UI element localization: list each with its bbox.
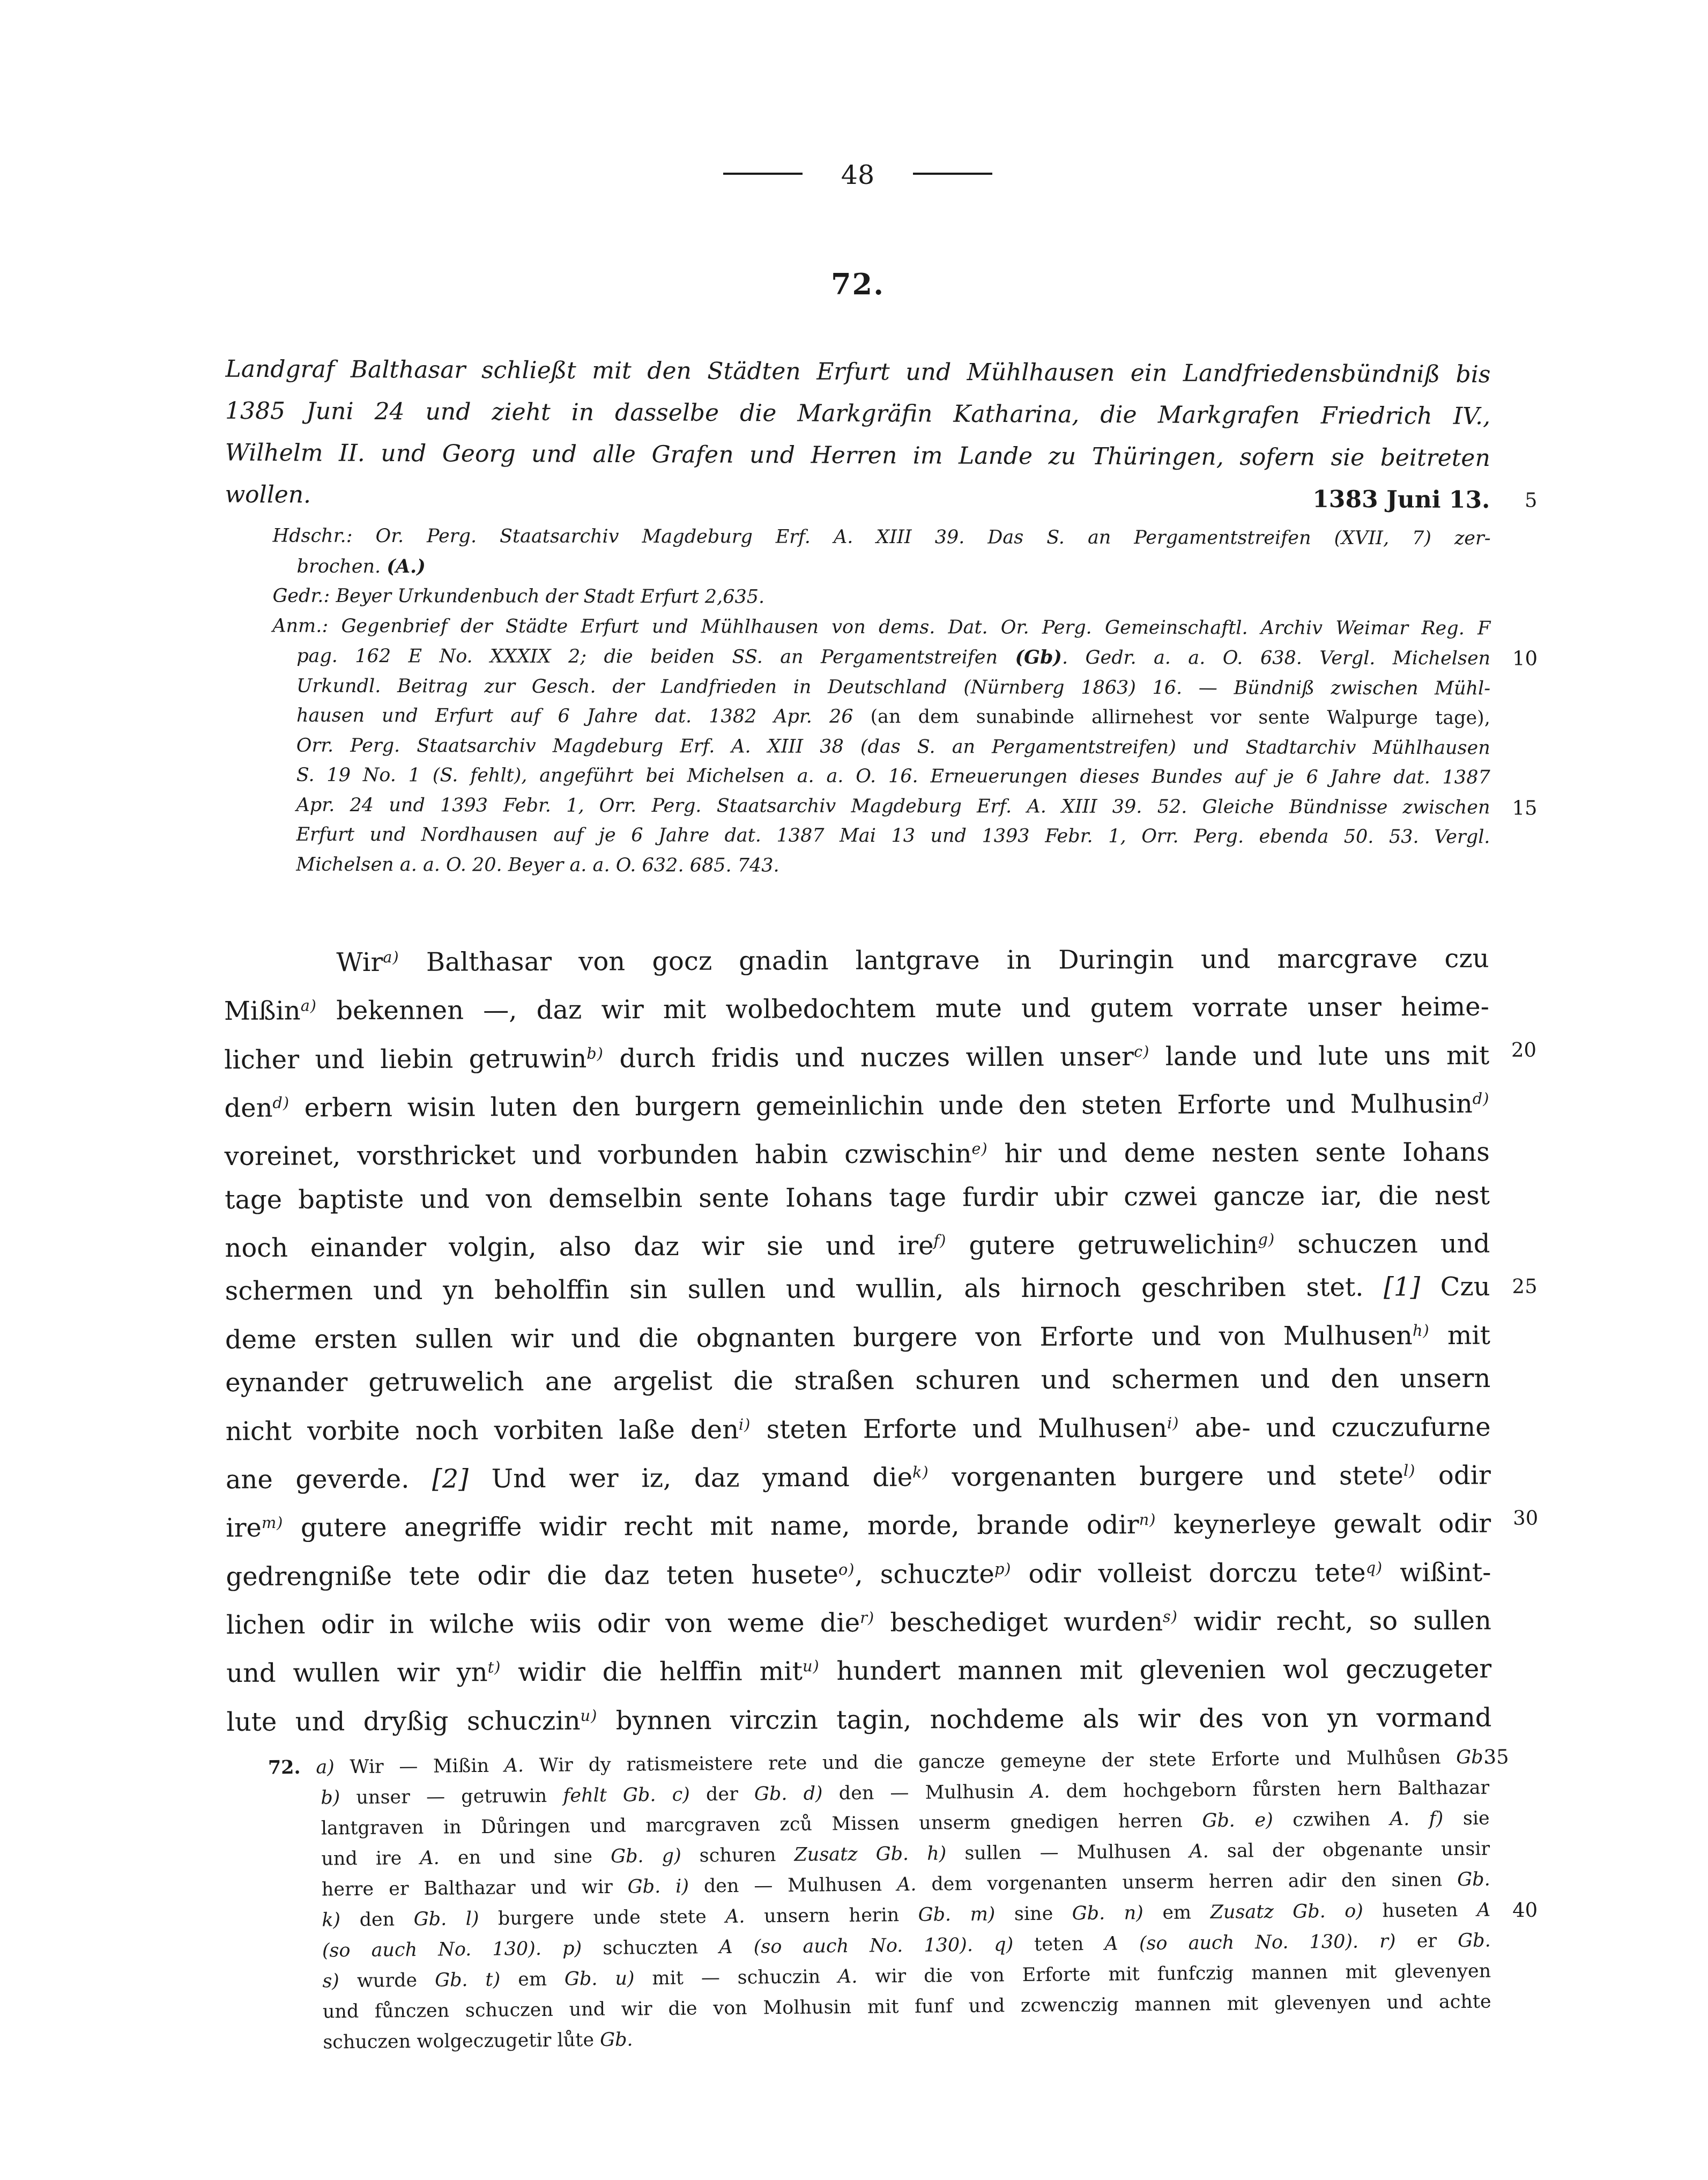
text-segment: teten <box>1013 1933 1105 1955</box>
regest-line: Wilhelm II. und Georg und alle Grafen un… <box>225 432 1490 479</box>
text-segment: [1] <box>1384 1272 1420 1302</box>
text-segment: em <box>1143 1902 1211 1924</box>
text-segment: A (so auch No. 130). <box>1104 1931 1358 1955</box>
text-segment: erbern wisin luten den burgern gemeinlic… <box>289 1089 1473 1123</box>
text-segment: em <box>500 1969 565 1991</box>
text-segment <box>660 1876 675 1897</box>
charter-date: 1383 Juni 13. <box>1312 479 1490 521</box>
footnote-marker: n) <box>1139 1511 1156 1529</box>
text-segment: der <box>690 1783 754 1805</box>
text-segment: u) <box>615 1968 635 1989</box>
charter-text-line: voreinet, vorsthricket und vorbunden hab… <box>225 1125 1490 1178</box>
text-segment <box>1326 1901 1345 1922</box>
charter-text: Wira) Balthasar von gocz gnadin lantgrav… <box>224 932 1491 1744</box>
text-segment: lute und dryßig schuczin <box>226 1706 580 1737</box>
text-segment: [2] <box>432 1464 469 1494</box>
text-segment <box>1105 1902 1124 1924</box>
text-segment: ire <box>226 1513 262 1543</box>
charter-text-line: gedrengniße tete odir die daz teten huse… <box>226 1546 1491 1599</box>
source-note-line: brochen. (A.) <box>272 551 1490 584</box>
text-segment: A <box>1477 1899 1491 1921</box>
source-note-line: Urkundl. Beitrag zur Gesch. der Landfrie… <box>272 671 1490 703</box>
text-segment: steten Erforte und Mulhusen <box>751 1413 1167 1445</box>
text-segment: wollen. <box>225 481 311 509</box>
text-segment: burgere unde stete <box>479 1906 725 1930</box>
text-segment: vorgenanten burgere und stete <box>929 1460 1403 1492</box>
footnote-marker: s) <box>1163 1607 1178 1626</box>
text-segment <box>467 1969 485 1991</box>
text-segment: b) <box>321 1787 340 1808</box>
text-segment: den — Mulhusen <box>689 1874 897 1897</box>
text-segment: Gb. <box>1458 1930 1491 1952</box>
footnote-marker: u) <box>581 1706 598 1724</box>
text-segment <box>301 1757 316 1778</box>
header-rule-left <box>723 173 803 175</box>
footnote-marker: i) <box>1167 1414 1179 1432</box>
charter-text-line: nicht vorbite noch vorbiten laße deni) s… <box>225 1400 1490 1454</box>
text-segment: huseten <box>1363 1900 1477 1922</box>
text-segment: A. <box>725 1906 745 1927</box>
text-segment <box>973 1934 994 1956</box>
margin-line-number: 15 <box>1512 793 1537 823</box>
text-segment: hir und deme nesten sente Iohans <box>988 1137 1490 1169</box>
text-segment: wurde <box>339 1970 435 1992</box>
text-segment: A (so auch No. 130). <box>719 1934 973 1958</box>
source-note-line: hausen und Erfurt auf 6 Jahre dat. 1382 … <box>272 701 1490 733</box>
text-segment: Und wer iz, daz ymand die <box>469 1463 912 1494</box>
text-segment <box>597 1968 615 1990</box>
footnote-marker: d) <box>1473 1089 1490 1108</box>
footnote-marker: o) <box>838 1560 855 1578</box>
source-note-line: Apr. 24 und 1393 Febr. 1, Orr. Perg. Sta… <box>272 790 1490 822</box>
charter-text-line: und wullen wir ynt) widir die helffin mi… <box>226 1642 1491 1695</box>
text-segment: fehlt Gb. <box>563 1784 656 1807</box>
text-segment: noch einander volgin, also daz wir sie u… <box>225 1230 933 1263</box>
charter-text-line: licher und liebin getruwinb) durch fridi… <box>224 1029 1489 1082</box>
text-segment: odir volleist dorczu tete <box>1012 1558 1366 1589</box>
source-note-line: Hdschr.: Or. Perg. Staatsarchiv Magdebur… <box>273 522 1491 554</box>
text-segment <box>951 1904 970 1925</box>
text-segment: brochen. <box>296 555 387 577</box>
footnote-marker: m) <box>262 1514 284 1532</box>
source-note-line: Orr. Perg. Staatsarchiv Magdeburg Erf. A… <box>272 731 1490 763</box>
source-note-line: Erfurt und Nordhausen auf je 6 Jahre dat… <box>272 820 1490 852</box>
text-segment: Gb. <box>435 1969 468 1991</box>
charter-text-line: irem) gutere anegriffe widir recht mit n… <box>226 1497 1491 1550</box>
text-segment: t) <box>485 1969 500 1991</box>
text-segment: mit <box>1430 1321 1491 1351</box>
text-segment: Zusatz Gb. <box>1210 1901 1325 1923</box>
text-segment: A. <box>838 1966 858 1988</box>
text-segment: Gedr.: Beyer Urkundenbuch der Stadt Erfu… <box>272 585 764 608</box>
text-segment: Wir — Mißin <box>335 1755 504 1778</box>
text-segment: schuczten <box>582 1937 719 1959</box>
text-segment: pag. 162 E No. XXXIX 2; die beiden SS. a… <box>296 646 1015 669</box>
charter-text-line: deme ersten sullen wir und die obgnanten… <box>225 1309 1490 1362</box>
text-segment: Gb. <box>600 2029 633 2051</box>
text-segment: ane geverde. <box>226 1464 432 1495</box>
text-segment <box>787 1783 803 1805</box>
text-segment: dem vorgenanten unserm herren adir den s… <box>916 1869 1457 1895</box>
source-note-line: pag. 162 E No. XXXIX 2; die beiden SS. a… <box>272 641 1490 674</box>
text-segment: voreinet, vorsthricket und vorbunden hab… <box>225 1139 972 1171</box>
text-segment: A. <box>420 1848 440 1869</box>
text-segment: und fůnczen schuczen und wir die von Mol… <box>323 1991 1491 2022</box>
text-segment: eynander getruwelich ane argelist die st… <box>225 1363 1490 1398</box>
text-segment: den <box>224 1093 272 1123</box>
text-segment: n) <box>1124 1902 1143 1924</box>
text-segment: Apr. 24 und 1393 Febr. 1, Orr. Perg. Sta… <box>296 794 1490 818</box>
text-segment: dem hochgeborn fůrsten hern Balthazar <box>1050 1777 1489 1802</box>
text-segment: A. <box>504 1755 524 1776</box>
text-segment: schuczen wolgeczugetir lůte <box>323 2029 600 2053</box>
text-segment: und ire <box>321 1848 420 1870</box>
margin-line-number: 25 <box>1512 1265 1537 1309</box>
text-segment: hausen und Erfurt auf 6 Jahre dat. 1382 … <box>296 705 871 728</box>
text-segment: p) <box>562 1938 582 1959</box>
text-segment: unser — getruwin <box>340 1785 563 1809</box>
text-segment: l) <box>465 1908 479 1930</box>
text-segment: schuren <box>681 1844 794 1867</box>
charter-text-line: ane geverde. [2] Und wer iz, daz ymand d… <box>226 1449 1491 1502</box>
text-segment <box>1409 1808 1429 1829</box>
text-segment <box>1235 1810 1255 1831</box>
text-segment: (A.) <box>387 555 426 577</box>
text-segment: gedrengniße tete odir die daz teten huse… <box>226 1560 838 1592</box>
regest-line: 1385 Juni 24 und zieht in dasselbe die M… <box>225 390 1490 438</box>
text-segment: (so auch No. 130). <box>322 1938 542 1962</box>
footnote-marker: r) <box>860 1608 874 1627</box>
text-segment: m) <box>970 1904 995 1925</box>
text-segment: licher und liebin getruwin <box>224 1043 586 1074</box>
text-segment: nicht vorbite noch vorbiten laße den <box>226 1414 739 1446</box>
text-segment: Hdschr.: Or. Perg. Staatsarchiv Magdebur… <box>273 525 1491 550</box>
text-segment: Urkundl. Beitrag zur Gesch. der Landfrie… <box>296 675 1490 699</box>
text-segment: lande und lute uns mit <box>1149 1040 1489 1071</box>
text-segment: keynerleye gewalt odir <box>1156 1509 1491 1540</box>
text-segment: sie <box>1443 1807 1490 1829</box>
charter-text-line: eynander getruwelich ane argelist die st… <box>225 1357 1490 1405</box>
text-segment: . Gedr. a. a. O. 638. Vergl. Michelsen <box>1062 647 1490 670</box>
text-segment: Gb. <box>565 1968 598 1990</box>
text-segment: i) <box>675 1876 689 1897</box>
text-segment: Zusatz Gb. <box>794 1843 909 1866</box>
text-segment: Gb. <box>414 1908 447 1930</box>
footnote-marker: i) <box>739 1415 751 1433</box>
text-segment: (Gb) <box>1015 647 1062 669</box>
text-segment: a) <box>316 1756 335 1778</box>
text-segment: lichen odir in wilche wiis odir von weme… <box>226 1608 860 1640</box>
text-segment: widir die helffin mit <box>501 1657 803 1688</box>
text-segment: schuczen und <box>1275 1229 1490 1259</box>
charter-text-line: tage baptiste und von demselbin sente Io… <box>225 1174 1490 1222</box>
text-segment: bekennen —, daz wir mit wolbedochtem mut… <box>317 992 1489 1026</box>
footnote-marker: b) <box>586 1044 604 1062</box>
text-segment <box>909 1843 927 1865</box>
page-header: 48 <box>225 160 1490 190</box>
header-rule-right <box>913 173 992 175</box>
text-segment: hundert mannen mit glevenien wol geczuge… <box>820 1654 1492 1686</box>
footnote-marker: h) <box>1413 1321 1430 1339</box>
text-segment: lantgraven in Důringen und marcgraven zc… <box>321 1810 1202 1839</box>
charter-text-line: Wira) Balthasar von gocz gnadin lantgrav… <box>224 932 1489 985</box>
text-segment: sine <box>995 1903 1072 1925</box>
margin-line-number: 20 <box>1511 1028 1536 1072</box>
page-number: 48 <box>841 160 874 190</box>
text-segment: Landgraf Balthasar schließt mit den Städ… <box>225 355 1490 388</box>
source-notes: Hdschr.: Or. Perg. Staatsarchiv Magdebur… <box>272 522 1490 883</box>
text-segment: 72. <box>268 1756 301 1779</box>
text-segment: den <box>340 1909 414 1931</box>
footnote-marker: c) <box>1134 1042 1149 1061</box>
regest-summary: Landgraf Balthasar schließt mit den Städ… <box>225 348 1490 521</box>
text-segment: Anm.: Gegenbrief der Städte Erfurt und M… <box>272 615 1490 639</box>
scanned-book-page: 48 72. Landgraf Balthasar schließt mit d… <box>0 0 1708 2180</box>
text-segment: s) <box>322 1970 339 1992</box>
text-segment: Gb. <box>918 1904 951 1926</box>
text-segment: Michelsen a. a. O. 20. Beyer a. a. O. 63… <box>296 854 779 876</box>
text-segment: Gb. <box>611 1845 644 1867</box>
margin-line-number: 10 <box>1512 643 1538 673</box>
text-segment: Gb. <box>754 1783 788 1805</box>
text-segment: Wilhelm II. und Georg und alle Grafen un… <box>225 439 1490 472</box>
charter-text-line: schermen und yn beholffin sin sullen und… <box>225 1265 1490 1313</box>
text-segment: f) <box>1429 1808 1444 1829</box>
footnote-marker: d) <box>272 1094 289 1112</box>
text-segment: bynnen virczin tagin, nochdeme als wir d… <box>597 1702 1491 1736</box>
text-segment: abe- und czuczufurne <box>1179 1412 1490 1443</box>
source-note-line: Anm.: Gegenbrief der Städte Erfurt und M… <box>272 611 1490 643</box>
text-segment: Wir <box>336 947 383 977</box>
text-segment: en und sine <box>440 1846 611 1869</box>
source-note-line: Gedr.: Beyer Urkundenbuch der Stadt Erfu… <box>272 582 1490 614</box>
text-segment: e) <box>1254 1810 1273 1831</box>
margin-line-number: 30 <box>1513 1497 1538 1540</box>
footnote-marker: u) <box>803 1657 820 1675</box>
text-segment: mit — schuczin <box>634 1966 838 1989</box>
charter-text-line: Mißina) bekennen —, daz wir mit wolbedoc… <box>224 980 1489 1033</box>
text-segment: o) <box>1345 1901 1363 1922</box>
text-segment: Mißin <box>224 996 301 1026</box>
source-note-line: S. 19 No. 1 (S. fehlt), angeführt bei Mi… <box>272 761 1490 793</box>
footnote-marker: p) <box>994 1560 1012 1578</box>
text-segment: odir <box>1415 1460 1491 1491</box>
text-segment: Gb. <box>628 1876 661 1898</box>
text-segment: Orr. Perg. Staatsarchiv Magdeburg Erf. A… <box>296 735 1490 759</box>
regest-line: wollen.1383 Juni 13.5 <box>225 474 1490 521</box>
text-segment: d) <box>803 1783 822 1804</box>
text-segment <box>1358 1931 1379 1952</box>
text-segment: tage baptiste und von demselbin sente Io… <box>225 1181 1490 1215</box>
text-segment <box>643 1845 662 1867</box>
text-segment: c) <box>672 1784 690 1806</box>
text-segment: schermen und yn beholffin sin sullen und… <box>225 1272 1384 1307</box>
margin-line-number: 40 <box>1512 1895 1538 1925</box>
text-segment: A. <box>1390 1808 1410 1830</box>
text-segment: (an dem sunabinde allirnehest vor sente … <box>870 706 1490 729</box>
text-segment: Balthasar von gocz gnadin lantgrave in D… <box>399 944 1489 977</box>
text-segment: A. <box>1189 1841 1209 1862</box>
text-segment: g) <box>662 1845 681 1867</box>
footnote-marker: e) <box>971 1139 987 1158</box>
text-segment <box>656 1784 672 1806</box>
text-segment: widir recht, so sullen <box>1178 1606 1491 1637</box>
text-segment: wißint- <box>1383 1557 1491 1588</box>
text-segment: Erfurt und Nordhausen auf je 6 Jahre dat… <box>296 824 1490 848</box>
text-segment: er <box>1395 1930 1458 1952</box>
text-segment: 1385 Juni 24 und zieht in dasselbe die M… <box>225 397 1490 430</box>
text-segment: S. 19 No. 1 (S. fehlt), angeführt bei Mi… <box>296 765 1490 789</box>
footnote-marker: g) <box>1258 1230 1275 1248</box>
footnote-marker: t) <box>488 1658 501 1677</box>
footnote-marker: k) <box>912 1463 929 1481</box>
text-segment <box>541 1938 562 1960</box>
footnote-marker: l) <box>1403 1461 1416 1479</box>
text-segment: , schuczte <box>855 1559 994 1590</box>
footnote-marker: a) <box>301 997 317 1015</box>
footnote-marker: a) <box>383 948 399 966</box>
text-segment: sal der obgenante unsir <box>1209 1838 1490 1862</box>
text-segment: unsern herin <box>745 1904 918 1927</box>
margin-line-number: 5 <box>1525 479 1538 521</box>
charter-text-line: dend) erbern wisin luten den burgern gem… <box>224 1077 1489 1130</box>
text-segment: beschediget wurden <box>874 1607 1163 1638</box>
text-segment: herre er Balthazar und wir <box>322 1877 628 1901</box>
text-segment: h) <box>927 1843 947 1864</box>
text-segment: und wullen wir yn <box>226 1658 488 1689</box>
text-segment: wir die von Erforte mit funfczig mannen … <box>857 1960 1491 1987</box>
footnote-marker: q) <box>1366 1558 1383 1576</box>
text-segment: Gb. <box>1457 1868 1490 1890</box>
text-segment: q) <box>994 1934 1013 1955</box>
text-segment: A. <box>1030 1781 1050 1803</box>
source-note-line: Michelsen a. a. O. 20. Beyer a. a. O. 63… <box>272 850 1490 882</box>
text-segment: Gb. <box>1072 1903 1105 1925</box>
text-segment: gutere anegriffe widir recht mit name, m… <box>283 1510 1139 1543</box>
text-segment: deme ersten sullen wir und die obgnanten… <box>225 1321 1413 1355</box>
footnote-marker: f) <box>933 1232 946 1250</box>
text-segment: r) <box>1379 1931 1396 1952</box>
regest-line: Landgraf Balthasar schließt mit den Städ… <box>225 348 1490 396</box>
charter-text-line: noch einander volgin, also daz wir sie u… <box>225 1217 1490 1270</box>
text-segment: gutere getruwelichin <box>946 1229 1258 1260</box>
text-segment: czwihen <box>1273 1808 1390 1831</box>
text-segment: k) <box>322 1909 340 1931</box>
text-segment: A. <box>897 1874 917 1895</box>
charter-text-line: lute und dryßig schuczinu) bynnen virczi… <box>226 1691 1491 1744</box>
text-segment: Czu <box>1420 1272 1490 1302</box>
text-segment: den — Mulhusin <box>822 1781 1030 1804</box>
text-segment: sullen — Mulhusen <box>946 1841 1189 1864</box>
text-segment: durch fridis und nuczes willen unser <box>604 1042 1134 1073</box>
text-segment: Gb. <box>1202 1810 1235 1832</box>
charter-text-line: lichen odir in wilche wiis odir von weme… <box>226 1594 1491 1647</box>
apparatus-footnotes: 72. a) Wir — Mißin A. Wir dy ratismeiste… <box>321 1741 1492 2058</box>
text-segment <box>447 1908 466 1930</box>
text-segment: Wir dy ratismeistere rete und die gancze… <box>524 1747 1456 1776</box>
charter-number-heading: 72. <box>225 267 1490 301</box>
